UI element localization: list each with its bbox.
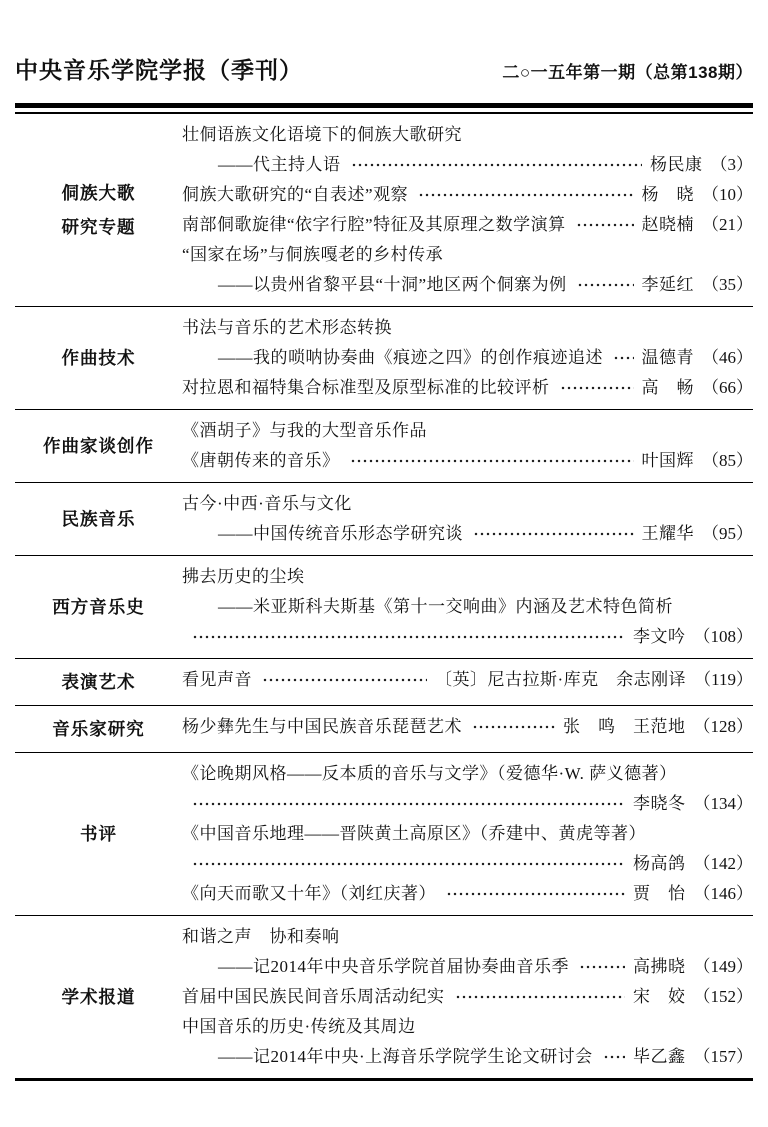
section-label: 民族音乐 xyxy=(15,489,182,549)
entry-page-number: （157） xyxy=(694,1042,754,1072)
section-label: 表演艺术 xyxy=(15,665,182,699)
section-label: 作曲技术 xyxy=(15,313,182,403)
section-entries: 古今·中西·音乐与文化——中国传统音乐形态学研究谈王耀华（95） xyxy=(182,489,753,549)
entry-author: 赵晓楠 xyxy=(642,210,695,240)
toc-section: 音乐家研究杨少彝先生与中国民族音乐琵琶艺术张 鸣 王范地（128） xyxy=(15,705,753,752)
toc-line: 杨高鸽（142） xyxy=(182,849,753,879)
entry-author: 叶国辉 xyxy=(642,446,695,476)
entry-author: 温德青 xyxy=(642,343,695,373)
dot-leader xyxy=(192,622,625,652)
dot-leader xyxy=(446,879,625,909)
journal-toc-page: 中央音乐学院学报（季刊） 二○一五年第一期（总第138期） 侗族大歌研究专题壮侗… xyxy=(0,0,768,1127)
toc-line: 李文吟（108） xyxy=(182,622,753,652)
entry-author: 李文吟 xyxy=(633,622,686,652)
dot-leader xyxy=(613,343,634,373)
entry-title: ——米亚斯科夫斯基《第十一交响曲》内涵及艺术特色简析 xyxy=(182,592,673,622)
toc-line: 壮侗语族文化语境下的侗族大歌研究 xyxy=(182,120,753,150)
toc-section: 作曲技术书法与音乐的艺术形态转换——我的唢呐协奏曲《痕迹之四》的创作痕迹追述温德… xyxy=(15,306,753,409)
section-label: 作曲家谈创作 xyxy=(15,416,182,476)
entry-title: ——中国传统音乐形态学研究谈 xyxy=(182,519,463,549)
toc-line: ——记2014年中央·上海音乐学院学生论文研讨会毕乙鑫（157） xyxy=(182,1042,753,1072)
entry-page-number: （10） xyxy=(702,180,753,210)
entry-page-number: （21） xyxy=(702,210,753,240)
entry-author: 李晓冬 xyxy=(633,789,686,819)
toc-line: ——代主持人语杨民康（3） xyxy=(182,150,753,180)
toc-line: 和谐之声 协和奏响 xyxy=(182,922,753,952)
entry-title: ——代主持人语 xyxy=(182,150,341,180)
section-label: 学术报道 xyxy=(15,922,182,1072)
section-entries: 书法与音乐的艺术形态转换——我的唢呐协奏曲《痕迹之四》的创作痕迹追述温德青（46… xyxy=(182,313,753,403)
entry-author: 毕乙鑫 xyxy=(633,1042,686,1072)
entry-title: 《酒胡子》与我的大型音乐作品 xyxy=(182,416,427,446)
dot-leader xyxy=(351,150,643,180)
section-label-line: 书评 xyxy=(80,817,117,851)
section-label-line: 研究专题 xyxy=(62,210,136,244)
toc-section: 学术报道和谐之声 协和奏响——记2014年中央音乐学院首届协奏曲音乐季高拂晓（1… xyxy=(15,915,753,1078)
entry-author: 〔英〕尼古拉斯·库克 余志刚译 xyxy=(435,665,686,695)
dot-leader xyxy=(576,210,634,240)
entry-author: 张 鸣 王范地 xyxy=(563,712,686,742)
entry-page-number: （95） xyxy=(702,519,753,549)
toc-line: 《论晚期风格——反本质的音乐与文学》（爱德华·W. 萨义德著） xyxy=(182,759,753,789)
toc-line: ——中国传统音乐形态学研究谈王耀华（95） xyxy=(182,519,753,549)
section-entries: 和谐之声 协和奏响——记2014年中央音乐学院首届协奏曲音乐季高拂晓（149）首… xyxy=(182,922,753,1072)
toc-line: 南部侗歌旋律“依字行腔”特征及其原理之数学演算赵晓楠（21） xyxy=(182,210,753,240)
entry-author: 贾 怡 xyxy=(633,879,686,909)
entry-title: 对拉恩和福特集合标准型及原型标准的比较评析 xyxy=(182,373,550,403)
section-label: 音乐家研究 xyxy=(15,712,182,746)
section-entries: 拂去历史的尘埃——米亚斯科夫斯基《第十一交响曲》内涵及艺术特色简析李文吟（108… xyxy=(182,562,753,652)
entry-title: 侗族大歌研究的“自表述”观察 xyxy=(182,180,408,210)
entry-author: 杨民康 xyxy=(650,150,703,180)
entry-title: 壮侗语族文化语境下的侗族大歌研究 xyxy=(182,120,462,150)
entry-page-number: （146） xyxy=(694,879,754,909)
entry-page-number: （108） xyxy=(694,622,754,652)
toc-section: 表演艺术看见声音〔英〕尼古拉斯·库克 余志刚译（119） xyxy=(15,658,753,705)
toc-line: 对拉恩和福特集合标准型及原型标准的比较评析高 畅（66） xyxy=(182,373,753,403)
entry-title: ——以贵州省黎平县“十洞”地区两个侗寨为例 xyxy=(182,270,567,300)
entry-title: 《论晚期风格——反本质的音乐与文学》（爱德华·W. 萨义德著） xyxy=(182,759,677,789)
entry-page-number: （46） xyxy=(702,343,753,373)
toc-section: 西方音乐史拂去历史的尘埃——米亚斯科夫斯基《第十一交响曲》内涵及艺术特色简析李文… xyxy=(15,555,753,658)
toc-line: 《酒胡子》与我的大型音乐作品 xyxy=(182,416,753,446)
entry-page-number: （142） xyxy=(694,849,754,879)
section-label: 侗族大歌研究专题 xyxy=(15,120,182,300)
dot-leader xyxy=(560,373,634,403)
toc-line: 杨少彝先生与中国民族音乐琵琶艺术张 鸣 王范地（128） xyxy=(182,712,753,742)
entry-author: 李延红 xyxy=(642,270,695,300)
toc-line: 中国音乐的历史·传统及其周边 xyxy=(182,1012,753,1042)
entry-author: 宋 姣 xyxy=(633,982,686,1012)
toc-line: “国家在场”与侗族嘎老的乡村传承 xyxy=(182,240,753,270)
dot-leader xyxy=(350,446,634,476)
entry-page-number: （3） xyxy=(711,150,754,180)
toc-line: 《向天而歌又十年》（刘红庆著）贾 怡（146） xyxy=(182,879,753,909)
toc-section: 作曲家谈创作《酒胡子》与我的大型音乐作品《唐朝传来的音乐》叶国辉（85） xyxy=(15,409,753,482)
entry-title: 中国音乐的历史·传统及其周边 xyxy=(182,1012,416,1042)
entry-author: 高拂晓 xyxy=(633,952,686,982)
entry-page-number: （149） xyxy=(694,952,754,982)
entry-page-number: （85） xyxy=(702,446,753,476)
entry-title: 古今·中西·音乐与文化 xyxy=(182,489,352,519)
section-label-line: 作曲家谈创作 xyxy=(43,429,154,463)
entry-title: 看见声音 xyxy=(182,665,252,695)
toc-line: ——我的唢呐协奏曲《痕迹之四》的创作痕迹追述温德青（46） xyxy=(182,343,753,373)
entry-author: 高 畅 xyxy=(642,373,695,403)
dot-leader xyxy=(192,849,625,879)
section-label-line: 学术报道 xyxy=(62,980,136,1014)
entry-page-number: （66） xyxy=(702,373,753,403)
footer-rule xyxy=(15,1078,753,1081)
section-label-line: 表演艺术 xyxy=(62,665,136,699)
entry-page-number: （119） xyxy=(694,665,753,695)
entry-title: ——我的唢呐协奏曲《痕迹之四》的创作痕迹追述 xyxy=(182,343,603,373)
entry-author: 杨高鸽 xyxy=(633,849,686,879)
entry-title: “国家在场”与侗族嘎老的乡村传承 xyxy=(182,240,443,270)
toc-line: 书法与音乐的艺术形态转换 xyxy=(182,313,753,343)
entry-title: 《向天而歌又十年》（刘红庆著） xyxy=(182,879,436,909)
entry-title: 南部侗歌旋律“依字行腔”特征及其原理之数学演算 xyxy=(182,210,566,240)
entry-page-number: （134） xyxy=(694,789,754,819)
toc-line: 首届中国民族民间音乐周活动纪实宋 姣（152） xyxy=(182,982,753,1012)
entry-title: 和谐之声 协和奏响 xyxy=(182,922,340,952)
dot-leader xyxy=(455,982,626,1012)
entry-title: 《中国音乐地理——晋陕黄土高原区》（乔建中、黄虎等著） xyxy=(182,819,646,849)
toc-line: 看见声音〔英〕尼古拉斯·库克 余志刚译（119） xyxy=(182,665,753,695)
dot-leader xyxy=(579,952,625,982)
entry-author: 杨 晓 xyxy=(642,180,695,210)
entry-page-number: （128） xyxy=(694,712,754,742)
dot-leader xyxy=(418,180,633,210)
section-entries: 杨少彝先生与中国民族音乐琵琶艺术张 鸣 王范地（128） xyxy=(182,712,753,746)
section-label: 书评 xyxy=(15,759,182,909)
toc-line: 《中国音乐地理——晋陕黄土高原区》（乔建中、黄虎等著） xyxy=(182,819,753,849)
toc-line: 古今·中西·音乐与文化 xyxy=(182,489,753,519)
dot-leader xyxy=(577,270,634,300)
dot-leader xyxy=(472,712,555,742)
toc-line: 拂去历史的尘埃 xyxy=(182,562,753,592)
dot-leader xyxy=(603,1042,625,1072)
table-of-contents: 侗族大歌研究专题壮侗语族文化语境下的侗族大歌研究——代主持人语杨民康（3）侗族大… xyxy=(15,114,753,1078)
toc-line: ——米亚斯科夫斯基《第十一交响曲》内涵及艺术特色简析 xyxy=(182,592,753,622)
entry-page-number: （35） xyxy=(702,270,753,300)
section-entries: 《酒胡子》与我的大型音乐作品《唐朝传来的音乐》叶国辉（85） xyxy=(182,416,753,476)
toc-section: 侗族大歌研究专题壮侗语族文化语境下的侗族大歌研究——代主持人语杨民康（3）侗族大… xyxy=(15,114,753,306)
toc-section: 书评《论晚期风格——反本质的音乐与文学》（爱德华·W. 萨义德著）李晓冬（134… xyxy=(15,752,753,915)
section-entries: 壮侗语族文化语境下的侗族大歌研究——代主持人语杨民康（3）侗族大歌研究的“自表述… xyxy=(182,120,753,300)
section-label-line: 音乐家研究 xyxy=(52,712,145,746)
entry-page-number: （152） xyxy=(694,982,754,1012)
dot-leader xyxy=(473,519,634,549)
dot-leader xyxy=(192,789,625,819)
entry-title: ——记2014年中央音乐学院首届协奏曲音乐季 xyxy=(182,952,569,982)
toc-section: 民族音乐古今·中西·音乐与文化——中国传统音乐形态学研究谈王耀华（95） xyxy=(15,482,753,555)
toc-line: ——记2014年中央音乐学院首届协奏曲音乐季高拂晓（149） xyxy=(182,952,753,982)
masthead: 中央音乐学院学报（季刊） 二○一五年第一期（总第138期） xyxy=(15,0,753,85)
section-label: 西方音乐史 xyxy=(15,562,182,652)
journal-title: 中央音乐学院学报（季刊） xyxy=(15,55,303,85)
entry-title: 杨少彝先生与中国民族音乐琵琶艺术 xyxy=(182,712,462,742)
toc-line: 侗族大歌研究的“自表述”观察杨 晓（10） xyxy=(182,180,753,210)
entry-title: 首届中国民族民间音乐周活动纪实 xyxy=(182,982,445,1012)
header-rule-thick xyxy=(15,103,753,108)
dot-leader xyxy=(262,665,427,695)
section-label-line: 西方音乐史 xyxy=(52,590,145,624)
entry-title: 《唐朝传来的音乐》 xyxy=(182,446,340,476)
toc-line: ——以贵州省黎平县“十洞”地区两个侗寨为例李延红（35） xyxy=(182,270,753,300)
section-entries: 看见声音〔英〕尼古拉斯·库克 余志刚译（119） xyxy=(182,665,753,699)
section-label-line: 侗族大歌 xyxy=(62,176,136,210)
entry-author: 王耀华 xyxy=(642,519,695,549)
entry-title: ——记2014年中央·上海音乐学院学生论文研讨会 xyxy=(182,1042,593,1072)
entry-title: 拂去历史的尘埃 xyxy=(182,562,305,592)
issue-info: 二○一五年第一期（总第138期） xyxy=(502,61,753,85)
entry-title: 书法与音乐的艺术形态转换 xyxy=(182,313,392,343)
toc-line: 李晓冬（134） xyxy=(182,789,753,819)
section-label-line: 民族音乐 xyxy=(62,502,136,536)
section-label-line: 作曲技术 xyxy=(62,341,136,375)
section-entries: 《论晚期风格——反本质的音乐与文学》（爱德华·W. 萨义德著）李晓冬（134）《… xyxy=(182,759,753,909)
toc-line: 《唐朝传来的音乐》叶国辉（85） xyxy=(182,446,753,476)
